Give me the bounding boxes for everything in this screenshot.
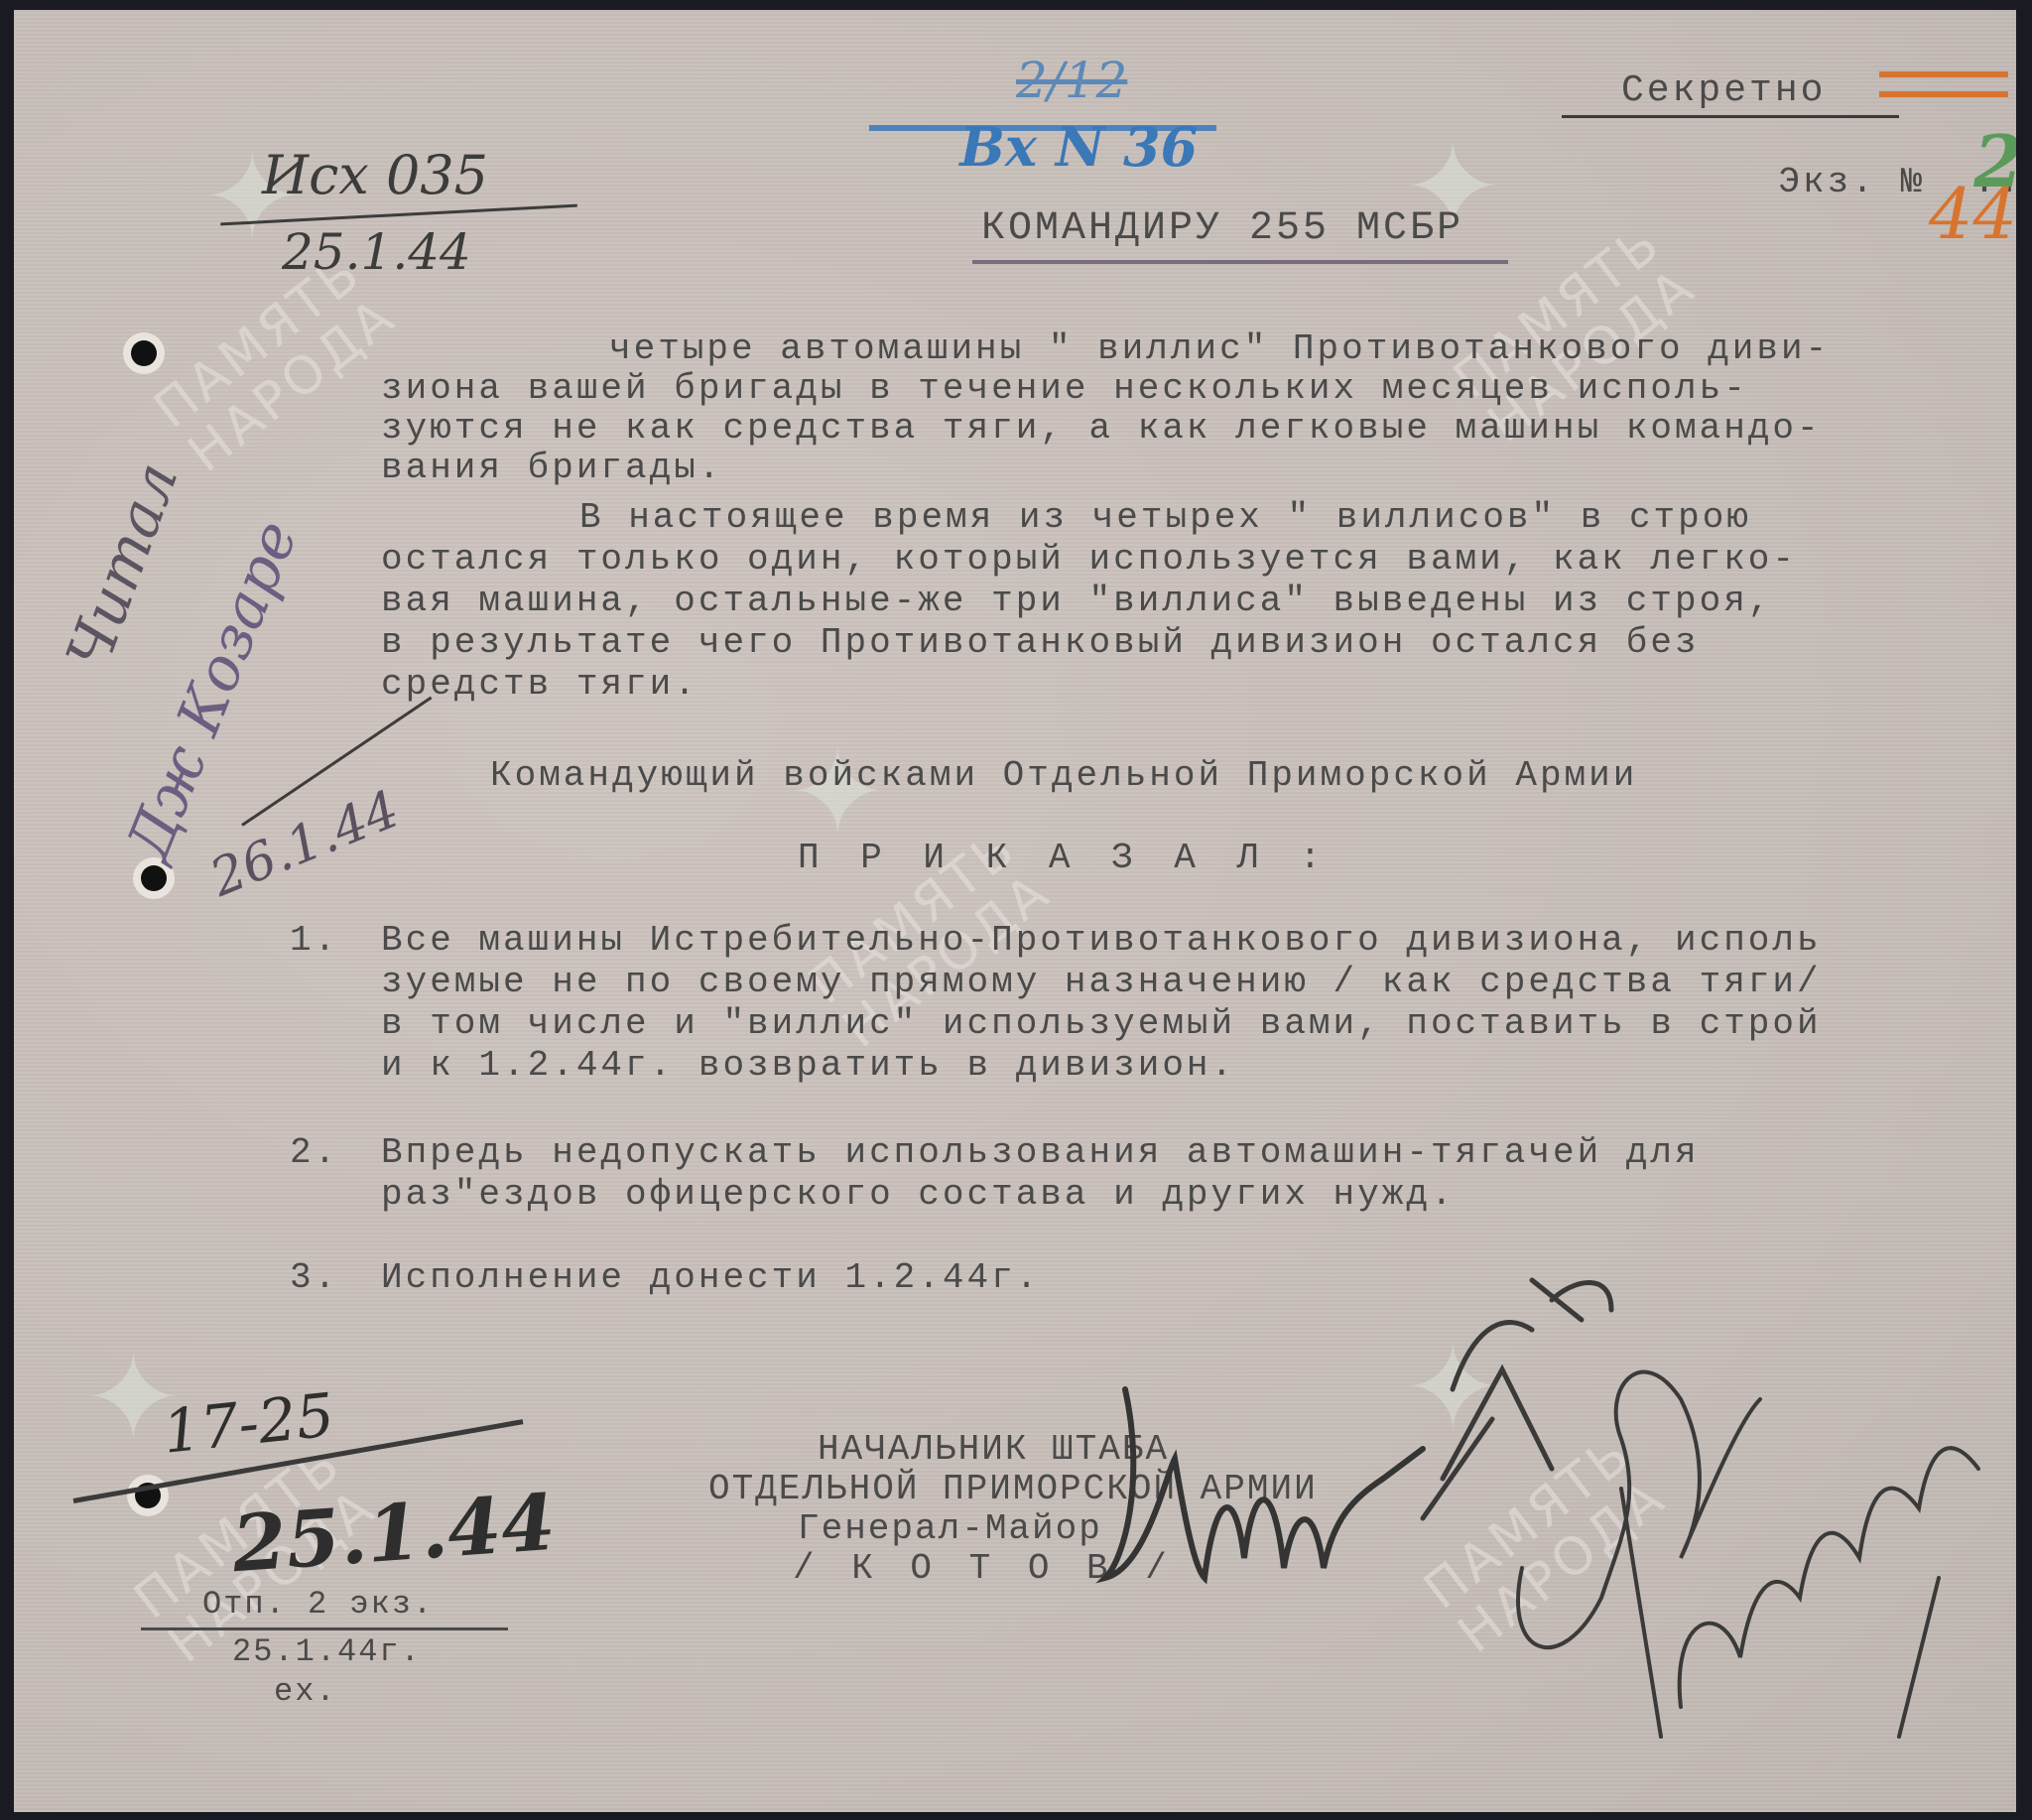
outgoing-registry-date: 25.1.44 xyxy=(282,223,471,281)
footer-divider xyxy=(141,1627,508,1630)
paragraph-2-line-4: в результате чего Противотанковый дивизи… xyxy=(381,623,1700,663)
classification-label: Секретно xyxy=(1621,69,1826,112)
order-item-2-line-1: Впредь недопускать использования автомаш… xyxy=(381,1133,1700,1173)
paragraph-1-line-2: зиона вашей бригады в течение нескольких… xyxy=(381,369,1748,409)
commander-line: Командующий войсками Отдельной Приморско… xyxy=(490,756,1637,796)
signature-rank: Генерал-Майор xyxy=(798,1508,1102,1549)
copies-note: Отп. 2 экз. xyxy=(202,1586,434,1623)
punch-hole xyxy=(141,865,167,891)
margin-note-read: Читал xyxy=(54,454,192,679)
order-heading: П Р И К А З А Л : xyxy=(798,839,1331,878)
margin-note-date: 26.1.44 xyxy=(202,780,408,909)
paragraph-2-line-3: вая машина, остальные-же три "виллиса" в… xyxy=(381,582,1772,621)
classification-underline xyxy=(1562,115,1899,118)
stamp-underline xyxy=(869,125,1216,131)
paragraph-2-line-1: В настоящее время из четырех " виллисов"… xyxy=(579,498,1751,538)
order-item-1-line-3: в том числе и "виллис" используемый вами… xyxy=(381,1004,1822,1044)
footer-initials: ех. xyxy=(274,1673,337,1710)
outgoing-registry-number: Исх 035 xyxy=(262,144,488,206)
paragraph-1-line-4: вания бригады. xyxy=(381,449,722,488)
order-item-2-line-2: раз"ездов офицерского состава и других н… xyxy=(381,1175,1456,1215)
struck-number: 2/12 xyxy=(1016,52,1127,109)
paragraph-1-line-3: зуются не как средства тяги, а как легко… xyxy=(381,409,1822,449)
order-item-1-number: 1. xyxy=(290,921,338,961)
punch-hole xyxy=(131,340,157,366)
order-item-1-line-2: зуемые не по своему прямому назначению /… xyxy=(381,963,1822,1002)
order-item-3-number: 3. xyxy=(290,1258,338,1298)
paragraph-1-line-1: четыре автомашины " виллис" Противотанко… xyxy=(609,329,1830,369)
paragraph-2-line-2: остался только один, который используетс… xyxy=(381,540,1797,580)
addressee: КОМАНДИРУ 255 МСБР xyxy=(981,206,1463,251)
order-item-2-number: 2. xyxy=(290,1133,338,1173)
order-item-1-line-4: и к 1.2.44г. возвратить в дивизион. xyxy=(381,1046,1235,1086)
strike-line xyxy=(1879,71,2008,77)
document-page: ✦ ПАМЯТЬ НАРОДА ✦ ПАМЯТЬ НАРОДА ✦ ПАМЯТЬ… xyxy=(14,10,2016,1812)
addressee-underline xyxy=(972,260,1508,264)
strike-line xyxy=(1879,91,2008,97)
sheet-number: 44 xyxy=(1929,174,2016,255)
footer-date: 25.1.44г. xyxy=(232,1633,422,1670)
resolution-handwriting xyxy=(1383,1240,2016,1776)
order-item-1-line-1: Все машины Истребительно-Противотанковог… xyxy=(381,921,1822,961)
order-item-3-line-1: Исполнение донести 1.2.44г. xyxy=(381,1258,1040,1298)
